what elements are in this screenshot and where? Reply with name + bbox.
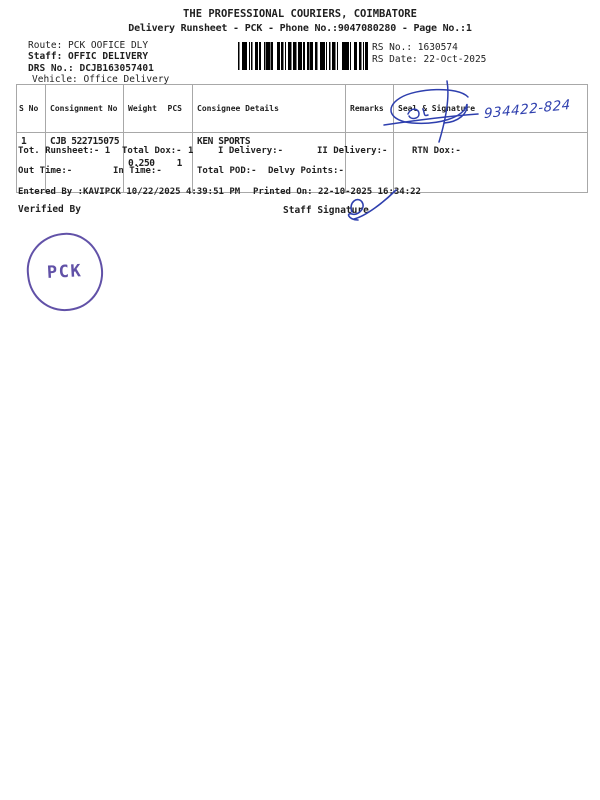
- i-delivery-label: I Delivery:-: [218, 146, 283, 156]
- cell-consignment-no: CJB 522715075: [46, 133, 124, 193]
- route-line: Route: PCK OOFICE DLY: [28, 40, 148, 51]
- cell-weight-pcs: 0.250 1: [124, 133, 193, 193]
- verified-by-label: Verified By: [18, 204, 81, 215]
- table-row: 1 CJB 522715075 0.250 1 KEN SPORTS: [17, 133, 588, 193]
- delvy-points-label: Delvy Points:-: [268, 166, 344, 176]
- total-pod-label: Total POD:-: [197, 166, 257, 176]
- header-consignment-no: Consignment No: [46, 85, 124, 133]
- company-title: THE PROFESSIONAL COURIERS, COIMBATORE: [0, 8, 600, 20]
- drs-no-line: DRS No.: DCJB163057401: [28, 63, 154, 74]
- delivery-runsheet-document: { "page": { "title": "THE PROFESSIONAL C…: [0, 0, 600, 800]
- staff-signature-scribble: [340, 186, 400, 226]
- tot-runsheet: Tot. Runsheet:- 1: [18, 146, 110, 156]
- out-time-label: Out Time:-: [18, 166, 72, 176]
- rtn-dox-label: RTN Dox:-: [412, 146, 461, 156]
- cell-consignee: KEN SPORTS: [193, 133, 346, 193]
- header-pcs: PCS: [168, 104, 182, 113]
- header-weight-pcs: Weight PCS: [124, 85, 193, 133]
- runsheet-subtitle: Delivery Runsheet - PCK - Phone No.:9047…: [0, 23, 600, 34]
- total-dox-label: Total Dox:-: [122, 146, 182, 156]
- pck-round-stamp: PCK: [23, 229, 107, 315]
- ii-delivery-label: II Delivery:-: [317, 146, 387, 156]
- rs-no-line: RS No.: 1630574: [372, 42, 458, 53]
- consignee-signature-scribble: [378, 78, 498, 148]
- cell-pcs: 1: [177, 158, 182, 169]
- header-weight: Weight: [128, 104, 157, 113]
- in-time-label: In Time:-: [113, 166, 162, 176]
- total-dox-value: 1: [188, 146, 193, 156]
- consignment-table: S No Consignment No Weight PCS Consignee…: [16, 84, 588, 193]
- rs-barcode: [238, 42, 368, 70]
- cell-s-no: 1: [17, 133, 46, 193]
- stamp-text: PCK: [47, 261, 83, 283]
- entered-by-line: Entered By :KAVIPCK 10/22/2025 4:39:51 P…: [18, 187, 240, 197]
- rs-date-line: RS Date: 22-Oct-2025: [372, 54, 486, 65]
- header-consignee: Consignee Details: [193, 85, 346, 133]
- staff-line: Staff: OFFIC DELIVERY: [28, 51, 148, 62]
- header-s-no: S No: [17, 85, 46, 133]
